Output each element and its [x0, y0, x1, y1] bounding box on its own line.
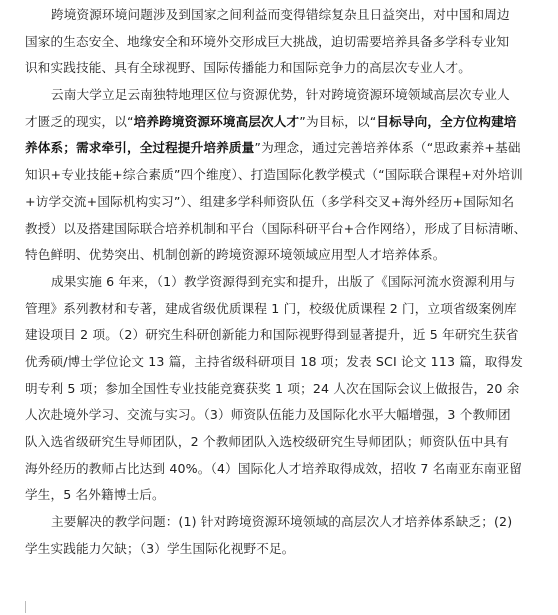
text-line: 特色鲜明、优势突出、机制创新的跨境资源环境领域应用型人才培养体系。 — [25, 242, 525, 269]
text-line: 云南大学立足云南独特地理区位与资源优势，针对跨境资源环境领域高层次专业人 — [25, 82, 525, 109]
text-line: 才匮乏的现实，以“培养跨境资源环境高层次人才”为目标，以“目标导向，全方位构建培 — [25, 109, 525, 136]
text-segment: ”为理念，通过完善培养体系（“思政素养+基础 — [254, 140, 520, 155]
text-line: 学生，5 名外籍博士后。 — [25, 482, 525, 509]
text-segment: 主要解决的教学问题：(1) 针对跨境资源环境领域的高层次人才培养体系缺乏；(2) — [51, 514, 512, 529]
text-line: 养体系；需求牵引，全过程提升培养质量”为理念，通过完善培养体系（“思政素养+基础 — [25, 135, 525, 162]
text-line: 学生实践能力欠缺；（3）学生国际化视野不足。 — [25, 536, 525, 563]
text-segment: 明专利 5 项；参加全国性专业技能竞赛获奖 1 项；24 人次在国际会议上做报告… — [25, 381, 519, 396]
text-line: 成果实施 6 年来，（1）教学资源得到充实和提升，出版了《国际河流水资源利用与 — [25, 269, 525, 296]
text-segment: 队入选省级研究生导师团队，2 个教师团队入选校级研究生导师团队；师资队伍中具有 — [25, 434, 509, 449]
text-segment: 管理》系列教材和专著，建成省级优质课程 1 门，校级优质课程 2 门，立项省级案… — [25, 301, 517, 316]
text-segment: 人次赴境外学习、交流与实习。（3）师资队伍能力及国际化水平大幅增强，3 个教师团 — [25, 407, 511, 422]
text-segment: 学生实践能力欠缺；（3）学生国际化视野不足。 — [25, 541, 294, 556]
text-segment: 识和实践技能、具有全球视野、国际传播能力和国际竞争力的高层次专业人才。 — [25, 60, 471, 75]
text-segment: 优秀硕/博士学位论文 13 篇，主持省级科研项目 18 项；发表 SCI 论文 … — [25, 354, 523, 369]
text-segment: 云南大学立足云南独特地理区位与资源优势，针对跨境资源环境领域高层次专业人 — [51, 87, 510, 102]
text-segment: 特色鲜明、优势突出、机制创新的跨境资源环境领域应用型人才培养体系。 — [25, 247, 446, 262]
text-segment: 跨境资源环境问题涉及到国家之间利益而变得错综复杂且日益突出，对中国和周边 — [51, 7, 510, 22]
text-cursor — [25, 601, 26, 613]
text-segment: 国家的生态安全、地缘安全和环境外交形成巨大挑战，迫切需要培养具备多学科专业知 — [25, 34, 509, 49]
text-line: 建设项目 2 项。（2）研究生科研创新能力和国际视野得到显著提升，近 5 年研究… — [25, 322, 525, 349]
text-line: 国家的生态安全、地缘安全和环境外交形成巨大挑战，迫切需要培养具备多学科专业知 — [25, 29, 525, 56]
text-line: 管理》系列教材和专著，建成省级优质课程 1 门，校级优质课程 2 门，立项省级案… — [25, 296, 525, 323]
text-segment: ”为目标，以“ — [299, 114, 376, 129]
text-line: 人次赴境外学习、交流与实习。（3）师资队伍能力及国际化水平大幅增强，3 个教师团 — [25, 402, 525, 429]
paragraph-results: 成果实施 6 年来，（1）教学资源得到充实和提升，出版了《国际河流水资源利用与管… — [25, 269, 525, 509]
text-line: 海外经历的教师占比达到 40%。（4）国际化人才培养取得成效，招收 7 名南亚东… — [25, 456, 525, 483]
text-line: 识和实践技能、具有全球视野、国际传播能力和国际竞争力的高层次专业人才。 — [25, 55, 525, 82]
bold-text: 培养跨境资源环境高层次人才 — [134, 114, 300, 129]
text-segment: 海外经历的教师占比达到 40%。（4）国际化人才培养取得成效，招收 7 名南亚东… — [25, 461, 522, 476]
text-segment: 知识+专业技能+综合素质”四个维度）、打造国际化教学模式（“国际联合课程+对外培… — [25, 167, 523, 182]
bold-text: 养体系；需求牵引，全过程提升培养质量 — [25, 140, 254, 155]
text-segment: 成果实施 6 年来，（1）教学资源得到充实和提升，出版了《国际河流水资源利用与 — [51, 274, 515, 289]
text-segment: +访学交流+国际机构实习”）、组建多学科师资队伍（多学科交叉+海外经历+国际知名 — [25, 194, 514, 209]
text-line: 明专利 5 项；参加全国性专业技能竞赛获奖 1 项；24 人次在国际会议上做报告… — [25, 376, 525, 403]
text-segment: 才匮乏的现实，以“ — [25, 114, 134, 129]
paragraph-approach: 云南大学立足云南独特地理区位与资源优势，针对跨境资源环境领域高层次专业人才匮乏的… — [25, 82, 525, 269]
text-segment: 学生，5 名外籍博士后。 — [25, 487, 165, 502]
text-line: 知识+专业技能+综合素质”四个维度）、打造国际化教学模式（“国际联合课程+对外培… — [25, 162, 525, 189]
bold-text: 目标导向，全方位构建培 — [376, 114, 516, 129]
paragraph-problems: 主要解决的教学问题：(1) 针对跨境资源环境领域的高层次人才培养体系缺乏；(2)… — [25, 509, 525, 562]
text-line: 队入选省级研究生导师团队，2 个教师团队入选校级研究生导师团队；师资队伍中具有 — [25, 429, 525, 456]
text-line: +访学交流+国际机构实习”）、组建多学科师资队伍（多学科交叉+海外经历+国际知名 — [25, 189, 525, 216]
text-line: 教授）以及搭建国际联合培养机制和平台（国际科研平台+合作网络），形成了目标清晰、 — [25, 216, 525, 243]
text-line: 主要解决的教学问题：(1) 针对跨境资源环境领域的高层次人才培养体系缺乏；(2) — [25, 509, 525, 536]
text-line: 优秀硕/博士学位论文 13 篇，主持省级科研项目 18 项；发表 SCI 论文 … — [25, 349, 525, 376]
text-segment: 建设项目 2 项。（2）研究生科研创新能力和国际视野得到显著提升，近 5 年研究… — [25, 327, 519, 342]
paragraph-background: 跨境资源环境问题涉及到国家之间利益而变得错综复杂且日益突出，对中国和周边国家的生… — [25, 2, 525, 82]
text-line: 跨境资源环境问题涉及到国家之间利益而变得错综复杂且日益突出，对中国和周边 — [25, 2, 525, 29]
text-segment: 教授）以及搭建国际联合培养机制和平台（国际科研平台+合作网络），形成了目标清晰、 — [25, 221, 526, 236]
document-body: 跨境资源环境问题涉及到国家之间利益而变得错综复杂且日益突出，对中国和周边国家的生… — [25, 2, 525, 562]
